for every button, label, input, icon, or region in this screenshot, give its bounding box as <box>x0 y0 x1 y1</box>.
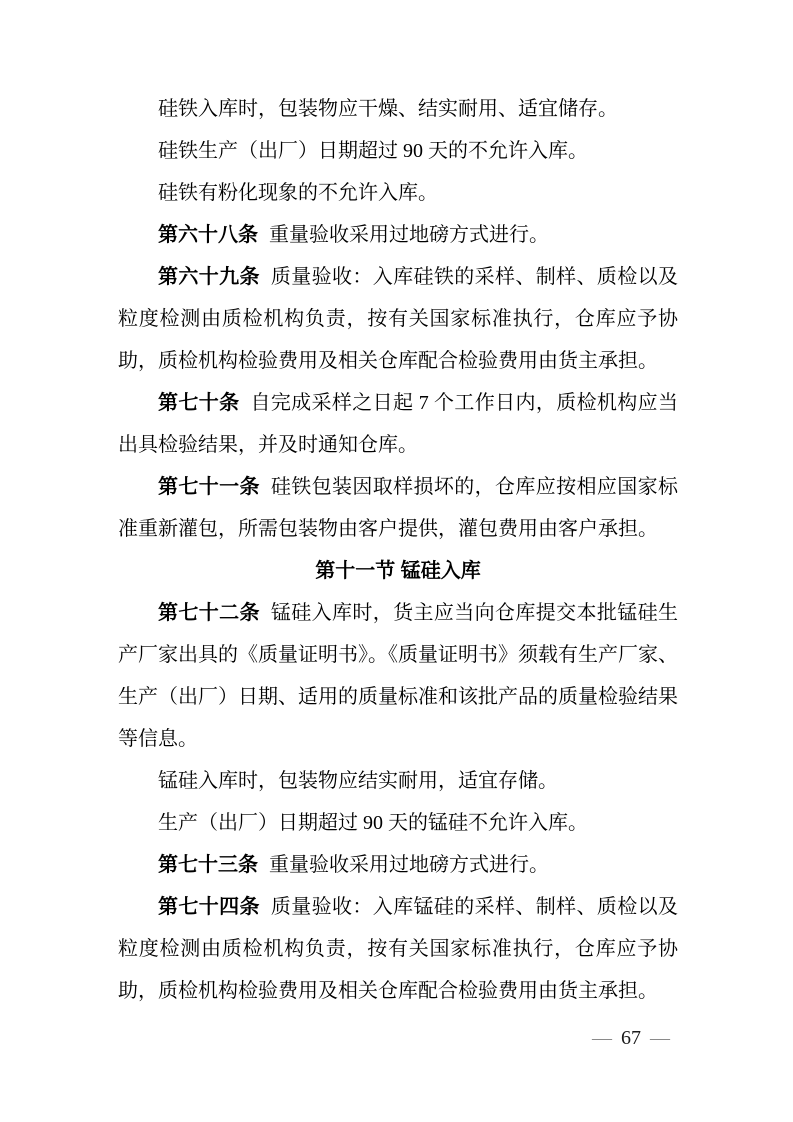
article-number: 第七十三条 <box>158 854 258 876</box>
paragraph: 第十一节 锰硅入库 <box>118 550 678 592</box>
document-body: 硅铁入库时，包装物应干燥、结实耐用、适宜储存。硅铁生产（出厂）日期超过 90 天… <box>118 88 678 1012</box>
paragraph: 第七十四条质量验收：入库锰硅的采样、制样、质检以及粒度检测由质检机构负责，按有关… <box>118 886 678 1012</box>
paragraph-text: 锰硅入库时，包装物应结实耐用，适宜存储。 <box>158 770 558 792</box>
paragraph: 第七十二条锰硅入库时，货主应当向仓库提交本批锰硅生产厂家出具的《质量证明书》。《… <box>118 592 678 760</box>
page-number-left-dash: — <box>592 1027 612 1049</box>
page-number: —67— <box>583 1024 679 1052</box>
page-number-value: 67 <box>621 1027 641 1049</box>
paragraph: 第七十一条硅铁包装因取样损坏的，仓库应按相应国家标准重新灌包，所需包装物由客户提… <box>118 466 678 550</box>
paragraph-text: 硅铁生产（出厂）日期超过 90 天的不允许入库。 <box>158 140 588 162</box>
article-number: 第七十条 <box>158 392 239 414</box>
paragraph: 第六十八条重量验收采用过地磅方式进行。 <box>118 214 678 256</box>
paragraph: 第七十三条重量验收采用过地磅方式进行。 <box>118 844 678 886</box>
paragraph-text: 硅铁有粉化现象的不允许入库。 <box>158 182 438 204</box>
paragraph: 硅铁有粉化现象的不允许入库。 <box>118 172 678 214</box>
paragraph-text: 硅铁入库时，包装物应干燥、结实耐用、适宜储存。 <box>158 98 618 120</box>
paragraph-text: 生产（出厂）日期超过 90 天的锰硅不允许入库。 <box>158 812 588 834</box>
paragraph-text: 重量验收采用过地磅方式进行。 <box>269 854 549 876</box>
article-number: 第六十九条 <box>158 266 260 288</box>
paragraph: 锰硅入库时，包装物应结实耐用，适宜存储。 <box>118 760 678 802</box>
paragraph: 硅铁入库时，包装物应干燥、结实耐用、适宜储存。 <box>118 88 678 130</box>
article-number: 第七十四条 <box>158 896 260 918</box>
article-number: 第七十二条 <box>158 602 260 624</box>
paragraph-text: 重量验收采用过地磅方式进行。 <box>269 224 549 246</box>
paragraph: 生产（出厂）日期超过 90 天的锰硅不允许入库。 <box>118 802 678 844</box>
page-number-right-dash: — <box>650 1027 670 1049</box>
article-number: 第七十一条 <box>158 476 260 498</box>
paragraph: 硅铁生产（出厂）日期超过 90 天的不允许入库。 <box>118 130 678 172</box>
paragraph: 第六十九条质量验收：入库硅铁的采样、制样、质检以及粒度检测由质检机构负责，按有关… <box>118 256 678 382</box>
paragraph-text: 第十一节 锰硅入库 <box>315 560 481 582</box>
article-number: 第六十八条 <box>158 224 258 246</box>
paragraph-text: 锰硅入库时，货主应当向仓库提交本批锰硅生产厂家出具的《质量证明书》。《质量证明书… <box>118 602 678 750</box>
document-page: 硅铁入库时，包装物应干燥、结实耐用、适宜储存。硅铁生产（出厂）日期超过 90 天… <box>0 0 793 1122</box>
paragraph: 第七十条自完成采样之日起 7 个工作日内，质检机构应当出具检验结果，并及时通知仓… <box>118 382 678 466</box>
